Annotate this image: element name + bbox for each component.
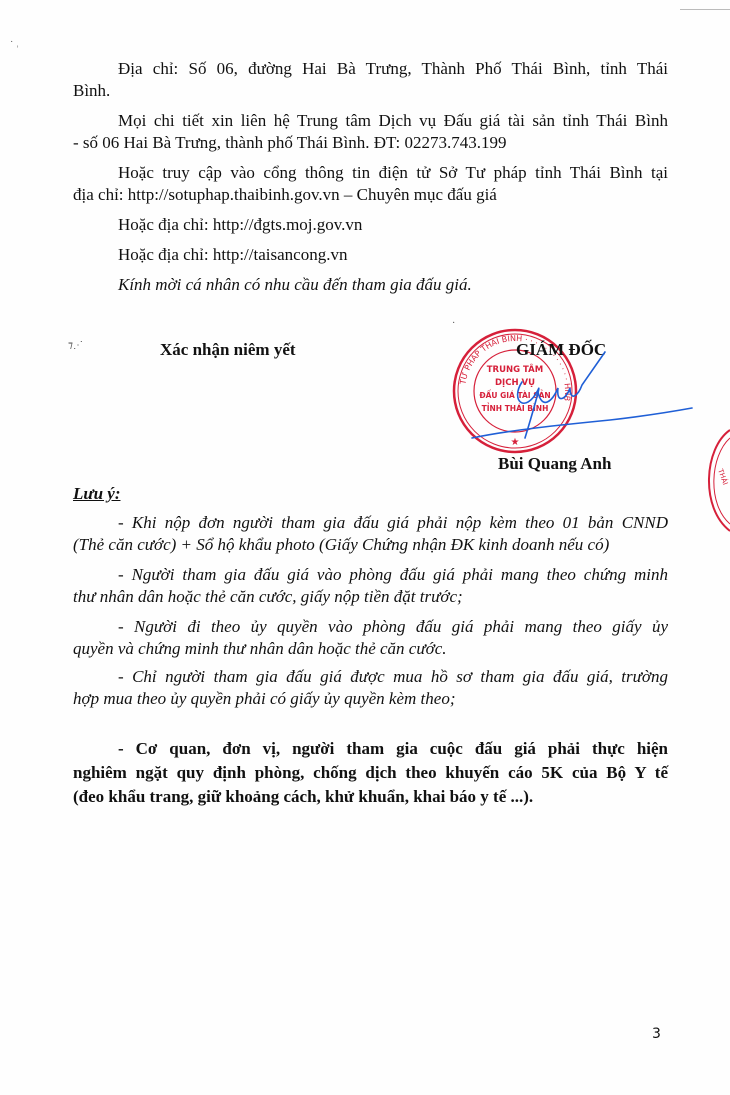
posting-confirmation-label: Xác nhận niêm yết — [160, 340, 296, 360]
contact-line-1: Mọi chi tiết xin liên hệ Trung tâm Dịch … — [118, 110, 668, 132]
covid-note-line-2: nghiêm ngặt quy định phòng, chống dịch t… — [73, 762, 668, 784]
address-line-1: Địa chỉ: Số 06, đường Hai Bà Trưng, Thàn… — [118, 58, 668, 80]
address-line-2: Bình. — [73, 80, 668, 102]
note-2-line-2: thư nhân dân hoặc thẻ căn cước, giấy nộp… — [73, 586, 668, 608]
scan-speck: ⁊⋰ — [68, 340, 83, 351]
alt-address-2: Hoặc địa chỉ: http://taisancong.vn — [118, 244, 668, 266]
note-3-line-1: - Người đi theo ủy quyền vào phòng đấu g… — [118, 616, 668, 638]
note-2-line-1: - Người tham gia đấu giá vào phòng đấu g… — [118, 564, 668, 586]
svg-text:THÁI: THÁI — [716, 467, 730, 486]
contact-line-2: - số 06 Hai Bà Trưng, thành phố Thái Bìn… — [73, 132, 668, 154]
scan-mark — [680, 9, 730, 10]
portal-line-2: địa chỉ: http://sotuphap.thaibinh.gov.vn… — [73, 184, 668, 206]
page-number: 3 — [652, 1026, 661, 1042]
note-4-line-2: hợp mua theo ủy quyền phải có giấy ủy qu… — [73, 688, 668, 710]
director-name: Bùi Quang Anh — [498, 454, 611, 474]
note-3-line-2: quyền và chứng minh thư nhân dân hoặc th… — [73, 638, 668, 660]
scan-speck: ˙ ˒ — [10, 40, 19, 51]
handwritten-signature — [470, 330, 695, 450]
note-1-line-1: - Khi nộp đơn người tham gia đấu giá phả… — [118, 512, 668, 534]
invitation-text: Kính mời cá nhân có nhu cầu đến tham gia… — [118, 274, 668, 296]
note-1-line-2: (Thẻ căn cước) + Sổ hộ khẩu photo (Giấy … — [73, 534, 668, 556]
document-page: ˙ ˒ Địa chỉ: Số 06, đường Hai Bà Trưng, … — [0, 0, 730, 1095]
notes-heading: Lưu ý: — [73, 484, 120, 504]
portal-line-1: Hoặc truy cập vào cổng thông tin điện tử… — [118, 162, 668, 184]
partial-edge-stamp: THÁI — [700, 428, 730, 533]
alt-address-1: Hoặc địa chỉ: http://đgts.moj.gov.vn — [118, 214, 668, 236]
covid-note-line-3: (đeo khẩu trang, giữ khoảng cách, khử kh… — [73, 786, 668, 808]
note-4-line-1: - Chỉ người tham gia đấu giá được mua hồ… — [118, 666, 668, 688]
covid-note-line-1: - Cơ quan, đơn vị, người tham gia cuộc đ… — [118, 738, 668, 760]
